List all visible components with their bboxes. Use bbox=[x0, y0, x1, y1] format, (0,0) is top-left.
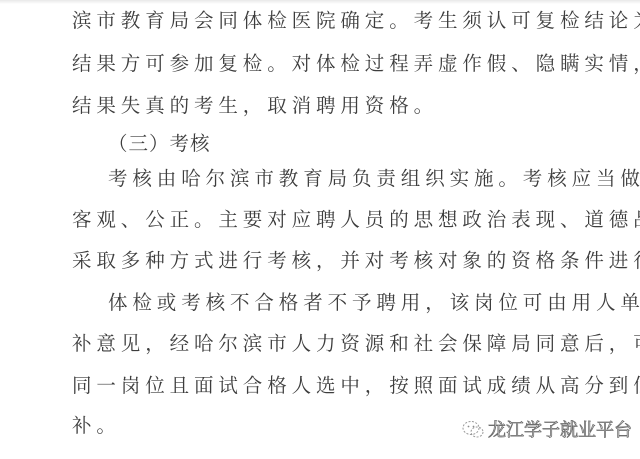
section-subheading: （三）考核 bbox=[108, 132, 211, 156]
body-line: 考核由哈尔滨市教育局负责组织实施。考核应当做到全面、 bbox=[108, 167, 640, 191]
watermark-text: 龙江学子就业平台 bbox=[488, 416, 632, 442]
body-line: 补意见，经哈尔滨市人力资源和社会保障局同意后，可以在报考 bbox=[72, 332, 640, 356]
body-line: 结果失真的考生，取消聘用资格。 bbox=[72, 94, 438, 118]
body-line: 客观、公正。主要对应聘人员的思想政治表现、道德品质等情况 bbox=[72, 208, 640, 232]
body-line: 同一岗位且面试合格人选中，按照面试成绩从高分到低分依次递 bbox=[72, 374, 640, 398]
wechat-icon bbox=[462, 419, 484, 439]
body-line: 滨市教育局会同体检医院确定。考生须认可复检结论为最终体检 bbox=[72, 9, 640, 33]
body-line: 体检或考核不合格者不予聘用，该岗位可由用人单位提出递 bbox=[108, 291, 640, 315]
top-shade bbox=[0, 0, 640, 4]
watermark: 龙江学子就业平台 bbox=[462, 416, 632, 442]
body-line: 补。 bbox=[72, 414, 121, 438]
body-line: 结果方可参加复检。对体检过程弄虚作假、隐瞒实情，造成体检 bbox=[72, 52, 640, 76]
body-line: 采取多种方式进行考核，并对考核对象的资格条件进行复查。 bbox=[72, 249, 640, 273]
